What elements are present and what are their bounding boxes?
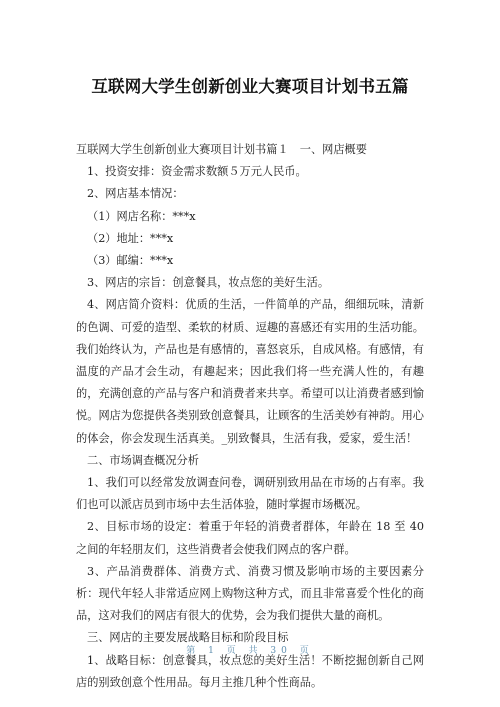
paragraph-shop-name: （1）网店名称：***x bbox=[76, 206, 424, 228]
document-page: 互联网大学生创新创业大赛项目计划书五篇 互联网大学生创新创业大赛项目计划书篇１ … bbox=[0, 0, 500, 707]
paragraph-consumer-analysis: 3、产品消费群体、消费方式、消费习惯及影响市场的主要因素分析：现代年轻人非常适应… bbox=[76, 561, 424, 628]
paragraph-strategic-goal: 1、战略目标：创意餐具，妆点您的美好生活！不断挖掘创新自己网店的别致创意个性用品… bbox=[76, 650, 424, 694]
paragraph-basic-info: 2、网店基本情况： bbox=[76, 183, 424, 205]
document-body: 互联网大学生创新创业大赛项目计划书篇１ 一、网店概要 1、投资安排：资金需求数额… bbox=[76, 139, 424, 694]
paragraph-profile: 4、网店简介资料：优质的生活，一件简单的产品，细细玩味，清新的色调、可爱的造型、… bbox=[76, 294, 424, 449]
paragraph-target-market: 2、目标市场的设定：着重于年轻的消费者群体，年龄在 18 至 40 之间的年轻朋… bbox=[76, 516, 424, 560]
page-indicator: 第 1 页 共 30 页 bbox=[0, 643, 500, 656]
paragraph-purpose: 3、网店的宗旨：创意餐具，妆点您的美好生活。 bbox=[76, 272, 424, 294]
paragraph-investment: 1、投资安排：资金需求数额５万元人民币。 bbox=[76, 161, 424, 183]
paragraph-intro: 互联网大学生创新创业大赛项目计划书篇１ 一、网店概要 bbox=[76, 139, 424, 161]
section-heading-market: 二、市场调查概况分析 bbox=[76, 450, 424, 472]
document-title: 互联网大学生创新创业大赛项目计划书五篇 bbox=[0, 73, 500, 97]
paragraph-survey: 1、我们可以经常发放调查问卷，调研别致用品在市场的占有率。我们也可以派店员到市场… bbox=[76, 472, 424, 516]
paragraph-postcode: （3）邮编：***x bbox=[76, 250, 424, 272]
paragraph-address: （2）地址：***x bbox=[76, 228, 424, 250]
